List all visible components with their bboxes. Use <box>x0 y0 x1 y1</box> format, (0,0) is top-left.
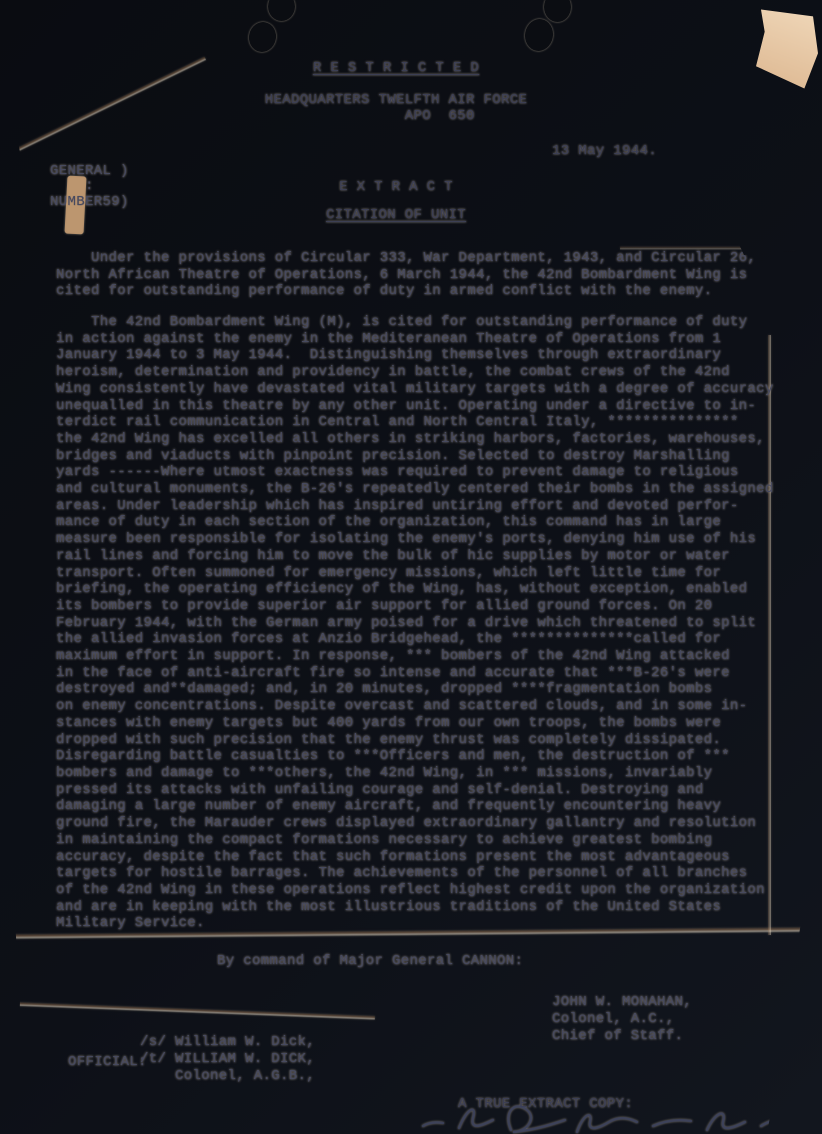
citation-paragraph-2: The 42nd Bombardment Wing (M), is cited … <box>56 314 774 932</box>
extract-heading: E X T R A C T <box>0 179 792 196</box>
scanned-document: R E S T R I C T E D HEADQUARTERS TWELFTH… <box>0 0 822 1134</box>
citation-heading: CITATION OF UNIT <box>0 207 792 224</box>
punch-hole <box>246 20 279 55</box>
document-date: 13 May 1944. <box>552 143 657 160</box>
official-label: OFFICIAL: <box>68 1054 147 1071</box>
punch-hole <box>268 0 295 21</box>
classification-heading: R E S T R I C T E D <box>0 60 792 77</box>
signer-block: JOHN W. MONAHAN, Colonel, A.C., Chief of… <box>552 994 692 1045</box>
handwritten-signature <box>415 1102 815 1134</box>
punch-hole <box>522 17 555 53</box>
citation-paragraph-1: Under the provisions of Circular 333, Wa… <box>56 250 756 300</box>
document-page: R E S T R I C T E D HEADQUARTERS TWELFTH… <box>0 0 822 1134</box>
official-names-block: /s/ William W. Dick, /t/ WILLIAM W. DICK… <box>140 1034 315 1085</box>
letterhead: HEADQUARTERS TWELFTH AIR FORCE APO 650 <box>0 92 792 124</box>
crease-line <box>0 1001 375 1021</box>
punch-hole <box>544 0 571 22</box>
by-command-line: By command of Major General CANNON: <box>217 953 523 970</box>
